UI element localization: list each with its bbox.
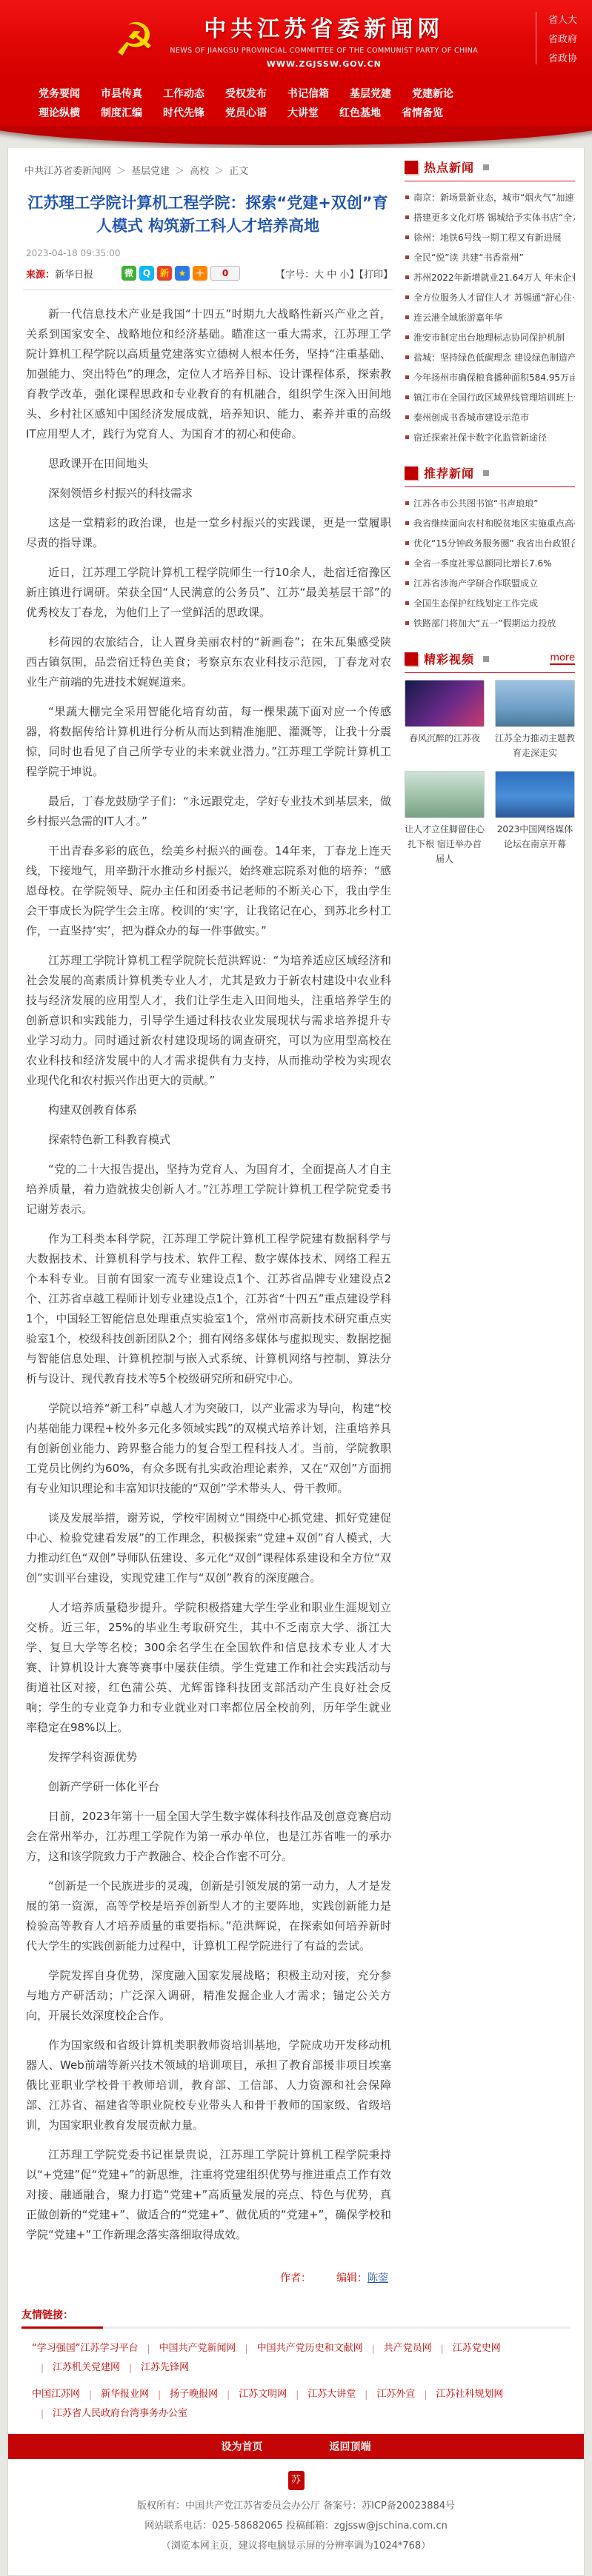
- friend-links-row-1: “学习强国”江苏学习平台中国共产党新闻网中国共产党历史和文献网共产党员网江苏党史…: [21, 2339, 571, 2378]
- nav-link[interactable]: 党建新论: [412, 86, 453, 101]
- article-paragraph: 创新产学研一体化平台: [26, 1777, 391, 1797]
- article-paragraph: 江苏理工学院党委书记崔景贵说，江苏理工学院计算机工程学院秉持以“+党建”促“党建…: [26, 2145, 391, 2245]
- video-thumbnail[interactable]: [405, 771, 485, 818]
- article-paragraph: 最后，丁春龙鼓励学子们：“永远跟党走，学好专业技术到基层来，做乡村振兴急需的IT…: [26, 792, 391, 832]
- video-item[interactable]: 让人才立住脚留住心扎下根 宿迁举办首届人: [405, 771, 485, 866]
- friend-link[interactable]: 江苏大讲堂: [307, 2385, 356, 2404]
- article-paragraph: 杉荷园的农旅结合，让人置身美丽农村的“新画卷”；在朱瓦集感受陕西古镇氛围，品尝宿…: [26, 632, 391, 692]
- recommended-news-section: 推荐新闻 江苏各市公共图书馆“书声琅琅”我省继续面向农村和脱贫地区实施重点高校招…: [405, 464, 575, 634]
- bottom-bar: 设为首页 返回顶端: [8, 2434, 584, 2459]
- recommended-news-item[interactable]: 优化“15分钟政务服务圈” 我省出台政银合作网点: [405, 534, 575, 554]
- friend-link[interactable]: “学习强国”江苏学习平台: [32, 2339, 138, 2358]
- contact-line: 网站联系电话：025-58682065 投稿邮箱：zgjssw@jschina.…: [8, 2516, 584, 2536]
- gov-link[interactable]: 省政协: [548, 50, 577, 64]
- recommended-news-item[interactable]: 江苏各市公共图书馆“书声琅琅”: [405, 494, 575, 514]
- article-column: 中共江苏省委新闻网＞基层党建＞高校＞正文 江苏理工学院计算机工程学院：探索“党建…: [17, 158, 393, 2298]
- videos-header: 精彩视频 more: [405, 650, 575, 673]
- article-paragraph: 学院以培养“新工科”卓越人才为突破口，以产业需求为导向，构建“校内基础能力课程+…: [26, 1399, 391, 1499]
- article-paragraph: “果蔬大棚完全采用智能化培育幼苗，每一棵果蔬下面对应一个传感器，将数据传给计算机…: [26, 702, 391, 782]
- content-panel: 中共江苏省委新闻网＞基层党建＞高校＞正文 江苏理工学院计算机工程学院：探索“党建…: [7, 148, 585, 2576]
- friend-link[interactable]: 扬子晚报网: [170, 2385, 218, 2404]
- article-paragraph: 谈及发展举措，谢芳说，学校牢固树立“围绕中心抓党建、抓好党建促中心、检验党建看发…: [26, 1508, 391, 1588]
- video-thumbnail[interactable]: [495, 771, 575, 818]
- nav-row-2: 理论纵横制度汇编时代先锋党员心语大讲堂红色基地省情备览: [39, 105, 592, 120]
- video-grid: 春风沉醉的江苏夜 江苏全力推动主题教育走深走实 让人才立住脚留住心扎下根 宿迁举…: [405, 680, 575, 866]
- friend-link[interactable]: 江苏党史网: [453, 2339, 501, 2358]
- hot-news-item[interactable]: 徐州：地铁6号线一期工程又有新进展: [405, 228, 575, 248]
- share-icon[interactable]: 微: [122, 266, 136, 281]
- hot-news-list: 南京：新场景新业态，城市“烟火气”加速升腾搭建更多文化灯塔 锡城给予实体书店“全…: [405, 188, 575, 448]
- nav-link[interactable]: 时代先锋: [163, 105, 204, 120]
- article-paragraph: “创新是一个民族进步的灵魂，创新是引领发展的第一动力，人才是发展的第一资源，高等…: [26, 1876, 391, 1956]
- friend-links-title: 友情链接：: [21, 2307, 571, 2322]
- site-subtitle: NEWS OF JIANGSU PROVINCIAL COMMITTEE OF …: [170, 47, 478, 55]
- nav-link[interactable]: 书记信箱: [287, 86, 329, 101]
- breadcrumb-home[interactable]: 中共江苏省委新闻网: [24, 166, 111, 177]
- share-icon[interactable]: 新: [157, 266, 172, 281]
- nav-link[interactable]: 受权发布: [225, 86, 267, 101]
- recommended-news-item[interactable]: 全国生态保护红线划定工作完成: [405, 594, 575, 614]
- recommended-news-title: 推荐新闻: [424, 464, 474, 481]
- byline-row: 作者：编辑：陈蓥: [23, 2270, 388, 2285]
- author-label: 作者：: [280, 2272, 311, 2284]
- article-body: 新一代信息技术产业是我国“十四五”时期九大战略性新兴产业之首，关系到国家安全、战…: [23, 290, 393, 2245]
- hot-news-item[interactable]: 全民“悦”读 共建“书香常州”: [405, 248, 575, 268]
- red-block-icon: [405, 652, 418, 666]
- friend-links-row-2: 中国江苏网新华报业网扬子晚报网江苏文明网江苏大讲堂江苏外宣江苏社科规划网江苏省人…: [21, 2385, 571, 2423]
- hot-news-title: 热点新闻: [424, 158, 474, 175]
- share-icon[interactable]: ★: [175, 266, 190, 281]
- friend-link[interactable]: 江苏机关党建网: [53, 2358, 120, 2378]
- fontsize-large-button[interactable]: 大: [314, 270, 324, 281]
- article-paragraph: 作为工科类本科学院，江苏理工学院计算机工程学院建有数据科学与大数据技术、计算机科…: [26, 1229, 391, 1389]
- nav-link[interactable]: 大讲堂: [287, 105, 319, 120]
- article-title: 江苏理工学院计算机工程学院：探索“党建+双创”育人模式 构筑新工科人才培养高地: [26, 192, 390, 238]
- gov-link[interactable]: 省人大: [548, 12, 577, 26]
- resolution-note: （浏览本网主页，建议将电脑显示屏的分辨率调为1024*768）: [8, 2536, 584, 2556]
- fontsize-medium-button[interactable]: 中: [327, 270, 336, 281]
- hot-news-section: 热点新闻 南京：新场景新业态，城市“烟火气”加速升腾搭建更多文化灯塔 锡城给予实…: [405, 158, 575, 448]
- gray-square-icon: [483, 470, 489, 476]
- red-block-icon: [405, 161, 418, 174]
- site-url: WWW.ZGJSSW.GOV.CN: [170, 59, 478, 69]
- nav-arc-decoration: [0, 126, 592, 148]
- copyright-line: 版权所有：中国共产党江苏省委员会办公厅 备案号：苏ICP备20023884号: [8, 2496, 584, 2516]
- nav-link[interactable]: 工作动态: [163, 86, 204, 101]
- party-emblem-icon: ☭: [114, 19, 156, 61]
- article-paragraph: 思政课开在田间地头: [26, 454, 391, 474]
- nav-link[interactable]: 党员心语: [225, 105, 267, 120]
- gray-square-icon: [483, 164, 489, 170]
- videos-title: 精彩视频: [424, 650, 474, 667]
- back-to-top-link[interactable]: 返回顶端: [330, 2439, 371, 2454]
- nav-link[interactable]: 制度汇编: [101, 105, 142, 120]
- fontsize-print-controls: 【字号：大 中 小】【打印】: [276, 267, 393, 281]
- video-caption: 春风沉醉的江苏夜: [405, 731, 485, 746]
- friend-link[interactable]: 江苏文明网: [239, 2385, 287, 2404]
- print-button[interactable]: 【打印】: [359, 270, 393, 281]
- video-thumbnail[interactable]: [405, 680, 485, 727]
- hot-news-item[interactable]: 全方位服务人才留住人才 苏锡通“舒心住·青年人: [405, 288, 575, 308]
- video-caption: 江苏全力推动主题教育走深走实: [495, 731, 575, 760]
- share-icon[interactable]: Q: [139, 266, 154, 281]
- recommended-news-item[interactable]: 铁路部门将加大“五一”假期运力投放: [405, 614, 575, 634]
- editor-name[interactable]: 陈蓥: [367, 2272, 388, 2284]
- jiangsu-seal-icon: 苏: [288, 2471, 305, 2490]
- hot-news-item[interactable]: 连云港全域旅游嘉年华: [405, 308, 575, 328]
- gray-square-icon: [483, 656, 489, 662]
- article-paragraph: 深刻领悟乡村振兴的科技需求: [26, 484, 391, 504]
- article-paragraph: 日前，2023年第十一届全国大学生数字媒体科技作品及创意竞赛启动会在常州举办，江…: [26, 1807, 391, 1867]
- hot-news-item[interactable]: 盐城：坚持绿色低碳理念 建设绿色制造产业集群: [405, 348, 575, 368]
- article-paragraph: 构建双创教育体系: [26, 1100, 391, 1120]
- videos-section: 精彩视频 more 春风沉醉的江苏夜: [405, 650, 575, 866]
- friend-link[interactable]: 共产党员网: [384, 2339, 432, 2358]
- hot-news-header: 热点新闻: [405, 158, 575, 181]
- video-caption: 让人才立住脚留住心扎下根 宿迁举办首届人: [405, 822, 485, 866]
- friend-link[interactable]: 中国共产党历史和文献网: [257, 2339, 363, 2358]
- breadcrumb-subsection[interactable]: 高校: [190, 166, 209, 177]
- video-item[interactable]: 2023中国网络媒体论坛在南京开幕: [495, 771, 575, 866]
- videos-more-link[interactable]: more: [550, 652, 575, 665]
- video-thumbnail[interactable]: [495, 680, 575, 727]
- friend-links-rule: [21, 2326, 571, 2329]
- article-paragraph: 作为国家级和省级计算机类职教师资培训基地，学院成功开发移动机器人、Web前端等新…: [26, 2035, 391, 2135]
- article-paragraph: 发挥学科资源优势: [26, 1747, 391, 1767]
- video-caption: 2023中国网络媒体论坛在南京开幕: [495, 822, 575, 852]
- gov-links: 省人大省政府省政协: [536, 12, 577, 64]
- article-paragraph: 这是一堂精彩的政治课，也是一堂乡村振兴的实践课，更是一堂履职尽责的指导课。: [26, 513, 391, 553]
- site-header: ☭ 中共江苏省委新闻网 NEWS OF JIANGSU PROVINCIAL C…: [0, 0, 592, 80]
- nav-link[interactable]: 理论纵横: [39, 105, 80, 120]
- nav-link[interactable]: 省情备览: [402, 105, 443, 120]
- source-value: 新华日报: [55, 267, 93, 281]
- hot-news-item[interactable]: 宿迁探索社保卡数字化监管新途径: [405, 428, 575, 448]
- hot-news-item[interactable]: 泰州创成书香城市建设示范市: [405, 408, 575, 428]
- breadcrumb-section[interactable]: 基层党建: [131, 166, 170, 177]
- nav-link[interactable]: 市县传真: [101, 86, 142, 101]
- article-meta-row: 来源： 新华日报 微 Q 新 ★ ＋: [23, 266, 393, 290]
- site-footer: 苏 版权所有：中国共产党江苏省委员会办公厅 备案号：苏ICP备20023884号…: [8, 2459, 584, 2575]
- editor-label: 编辑：: [336, 2272, 367, 2284]
- source-label: 来源：: [26, 267, 55, 281]
- hot-news-item[interactable]: 镇江市在全国行政区域界线管理培训班上作典型发: [405, 388, 575, 408]
- recommended-news-item[interactable]: 江苏省涉海产学研合作联盟成立: [405, 574, 575, 594]
- nav-row-1: 党务要闻市县传真工作动态受权发布书记信箱基层党建党建新论: [39, 86, 592, 101]
- article-paragraph: 近日，江苏理工学院计算机工程学院师生一行10余人，赴宿迁宿豫区新庄镇进行调研。荣…: [26, 563, 391, 623]
- hot-news-item[interactable]: 搭建更多文化灯塔 锡城给予实体书店“全方位”扶: [405, 208, 575, 228]
- hot-news-item[interactable]: 南京：新场景新业态，城市“烟火气”加速升腾: [405, 188, 575, 208]
- nav-link[interactable]: 基层党建: [350, 86, 391, 101]
- article-paragraph: 探索特色新工科教育模式: [26, 1130, 391, 1150]
- article-paragraph: 人才培养质量稳步提升。学院积极搭建大学生学业和职业生涯规划立交桥。近三年，25%…: [26, 1598, 391, 1738]
- article-paragraph: “党的二十大报告提出，坚持为党育人、为国育才，全面提高人才自主培养质量，着力造就…: [26, 1160, 391, 1220]
- friend-link[interactable]: 新华报业网: [101, 2385, 149, 2404]
- article-paragraph: 干出青春多彩的底色，绘美乡村振兴的画卷。14年来，丁春龙上连天线，下接地气，用辛…: [26, 841, 391, 941]
- hot-news-item[interactable]: 今年扬州市确保粮食播种面积584.95万亩: [405, 368, 575, 388]
- hot-news-item[interactable]: 淮安市制定出台地理标志协同保护机制: [405, 328, 575, 348]
- masthead: ☭ 中共江苏省委新闻网 NEWS OF JIANGSU PROVINCIAL C…: [0, 0, 592, 69]
- red-block-icon: [405, 466, 418, 480]
- fontsize-small-button[interactable]: 小: [339, 270, 349, 281]
- recommended-news-list: 江苏各市公共图书馆“书声琅琅”我省继续面向农村和脱贫地区实施重点高校招生专优化“…: [405, 494, 575, 634]
- recommended-news-header: 推荐新闻: [405, 464, 575, 487]
- friend-link[interactable]: 中国江苏网: [32, 2385, 80, 2404]
- gov-link[interactable]: 省政府: [548, 31, 577, 45]
- friend-link[interactable]: 江苏省人民政府台湾事务办公室: [53, 2404, 187, 2423]
- article-paragraph: 学院发挥自身优势，深度融入国家发展战略；积极主动对接，充分参与地方产研活动；广泛…: [26, 1966, 391, 2026]
- share-icon[interactable]: ＋: [193, 266, 207, 281]
- friend-links-section: 友情链接： “学习强国”江苏学习平台中国共产党新闻网中国共产党历史和文献网共产党…: [17, 2304, 575, 2423]
- article-datetime: 2023-04-18 09:35:00: [26, 248, 393, 258]
- site-title: 中共江苏省委新闻网: [170, 10, 478, 43]
- main-nav: 党务要闻市县传真工作动态受权发布书记信箱基层党建党建新论 理论纵横制度汇编时代先…: [0, 80, 592, 126]
- recommended-news-item[interactable]: 我省继续面向农村和脱贫地区实施重点高校招生专: [405, 514, 575, 534]
- page: ☭ 中共江苏省委新闻网 NEWS OF JIANGSU PROVINCIAL C…: [0, 0, 592, 2576]
- hot-news-item[interactable]: 苏州2022年新增就业21.64万人 年末企业用工需求: [405, 268, 575, 288]
- sidebar: 热点新闻 南京：新场景新业态，城市“烟火气”加速升腾搭建更多文化灯塔 锡城给予实…: [405, 158, 575, 883]
- comment-count-box[interactable]: 0: [210, 266, 240, 281]
- video-item[interactable]: 江苏全力推动主题教育走深走实: [495, 680, 575, 760]
- friend-link[interactable]: 江苏外宣: [376, 2385, 415, 2404]
- breadcrumb: 中共江苏省委新闻网＞基层党建＞高校＞正文: [23, 158, 393, 184]
- article-paragraph: 新一代信息技术产业是我国“十四五”时期九大战略性新兴产业之首，关系到国家安全、战…: [26, 304, 391, 444]
- nav-link[interactable]: 党务要闻: [39, 86, 80, 101]
- video-item[interactable]: 春风沉醉的江苏夜: [405, 680, 485, 760]
- nav-link[interactable]: 红色基地: [339, 105, 381, 120]
- friend-link[interactable]: 中国共产党新闻网: [159, 2339, 236, 2358]
- breadcrumb-current: 正文: [229, 166, 248, 177]
- friend-link[interactable]: 江苏先锋网: [141, 2358, 189, 2378]
- set-homepage-link[interactable]: 设为首页: [222, 2439, 263, 2454]
- recommended-news-item[interactable]: 全省一季度社零总额同比增长7.6%: [405, 554, 575, 574]
- share-bar: 微 Q 新 ★ ＋: [122, 266, 207, 281]
- friend-link[interactable]: 江苏社科规划网: [436, 2385, 503, 2404]
- article-paragraph: 江苏理工学院计算机工程学院院长范洪辉说：“为培养适应区域经济和社会发展的高素质计…: [26, 951, 391, 1091]
